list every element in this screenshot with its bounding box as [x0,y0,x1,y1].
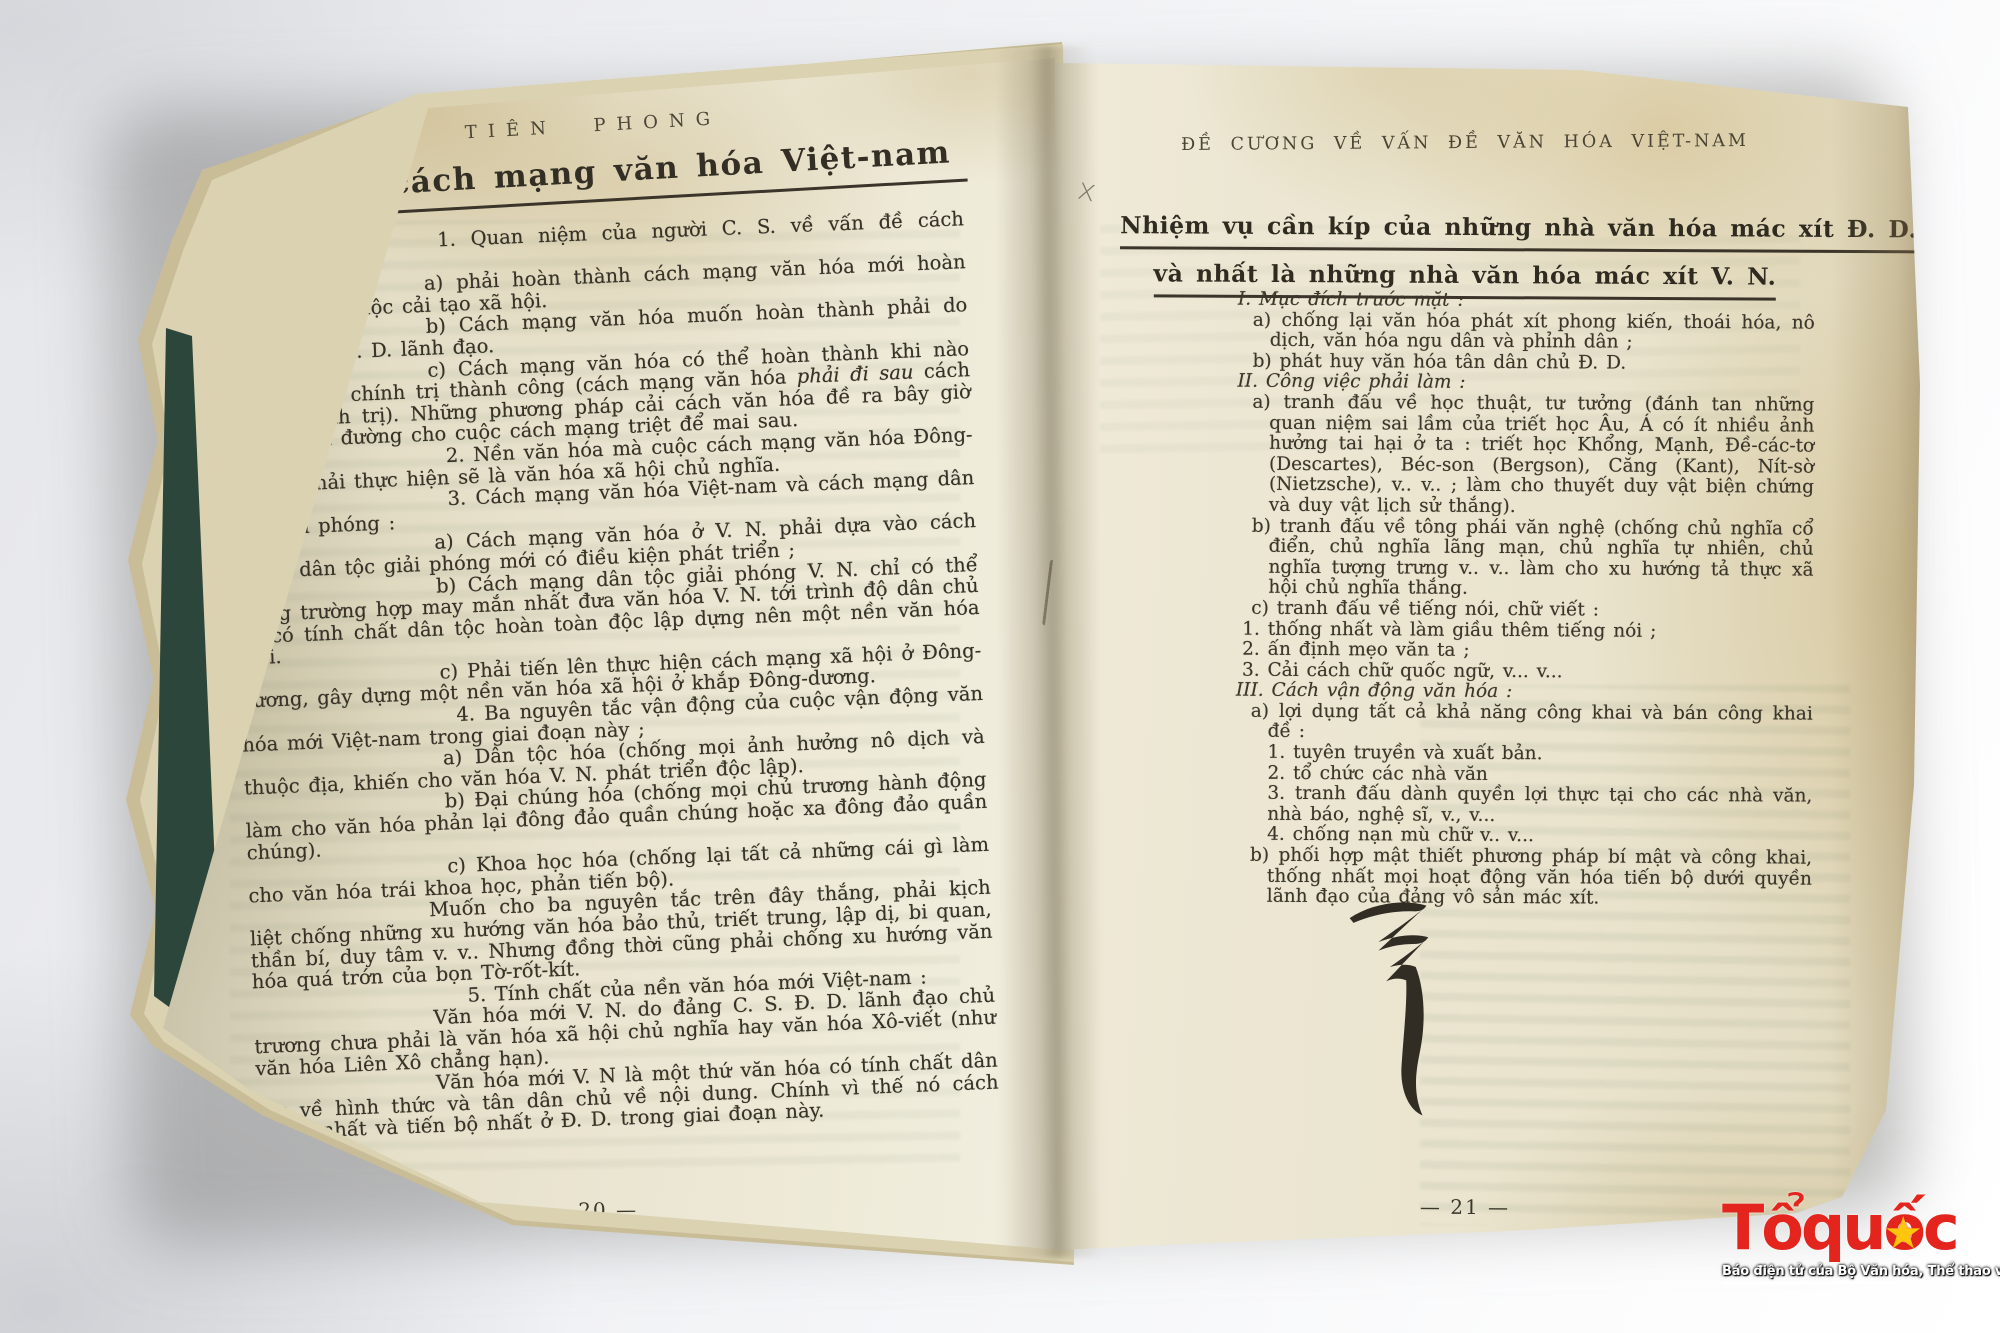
photo-scene: TIÊN PHONG Vấn đề cách mạng văn hóa Việt… [0,0,2000,1333]
end-ornament [1340,897,1436,1127]
outline-item: b) tranh đấu về tông phái văn nghệ (chốn… [1118,516,1813,602]
star-icon: ★ [1883,1202,1922,1266]
outline-item: a) chống lại văn hóa phát xít phong kiến… [1120,310,1815,355]
pencil-x-mark: x [1075,172,1100,210]
watermark-tagline: Báo điện tử của Bộ Văn hóa, Thể thao và … [1722,1264,1984,1284]
right-page-body: I. Mục đích trước mặt : a) chống lại văn… [1117,289,1815,910]
outline-item: a) lợi dụng tất cả khả năng công khai và… [1118,701,1813,746]
outline-item: a) tranh đấu về học thuật, tư tưởng (đán… [1119,392,1815,519]
toquoc-logo: Tổquố★c [1722,1196,1984,1260]
outline-item: b) phối hợp mật thiết phương pháp bí mật… [1117,845,1812,910]
right-page-title: Nhiệm vụ cần kíp của những nhà văn hóa m… [1120,211,1810,301]
watermark: Tổquố★c Báo điện tử của Bộ Văn hóa, Thể … [1722,1196,1984,1284]
right-page: x ĐỀ CƯƠNG VỀ VẤN ĐỀ VĂN HÓA VIỆT-NAM Nh… [1040,45,1925,1260]
outline-subitem: 3. tranh đấu dành quyền lợi thực tại cho… [1117,783,1812,828]
page-number-right: — 21 — [1120,1193,1810,1221]
title-line-1: Nhiệm vụ cần kíp của những nhà văn hóa m… [1120,211,1917,253]
running-head-right: ĐỀ CƯƠNG VỀ VẤN ĐỀ VĂN HÓA VIỆT-NAM [1120,131,1810,156]
